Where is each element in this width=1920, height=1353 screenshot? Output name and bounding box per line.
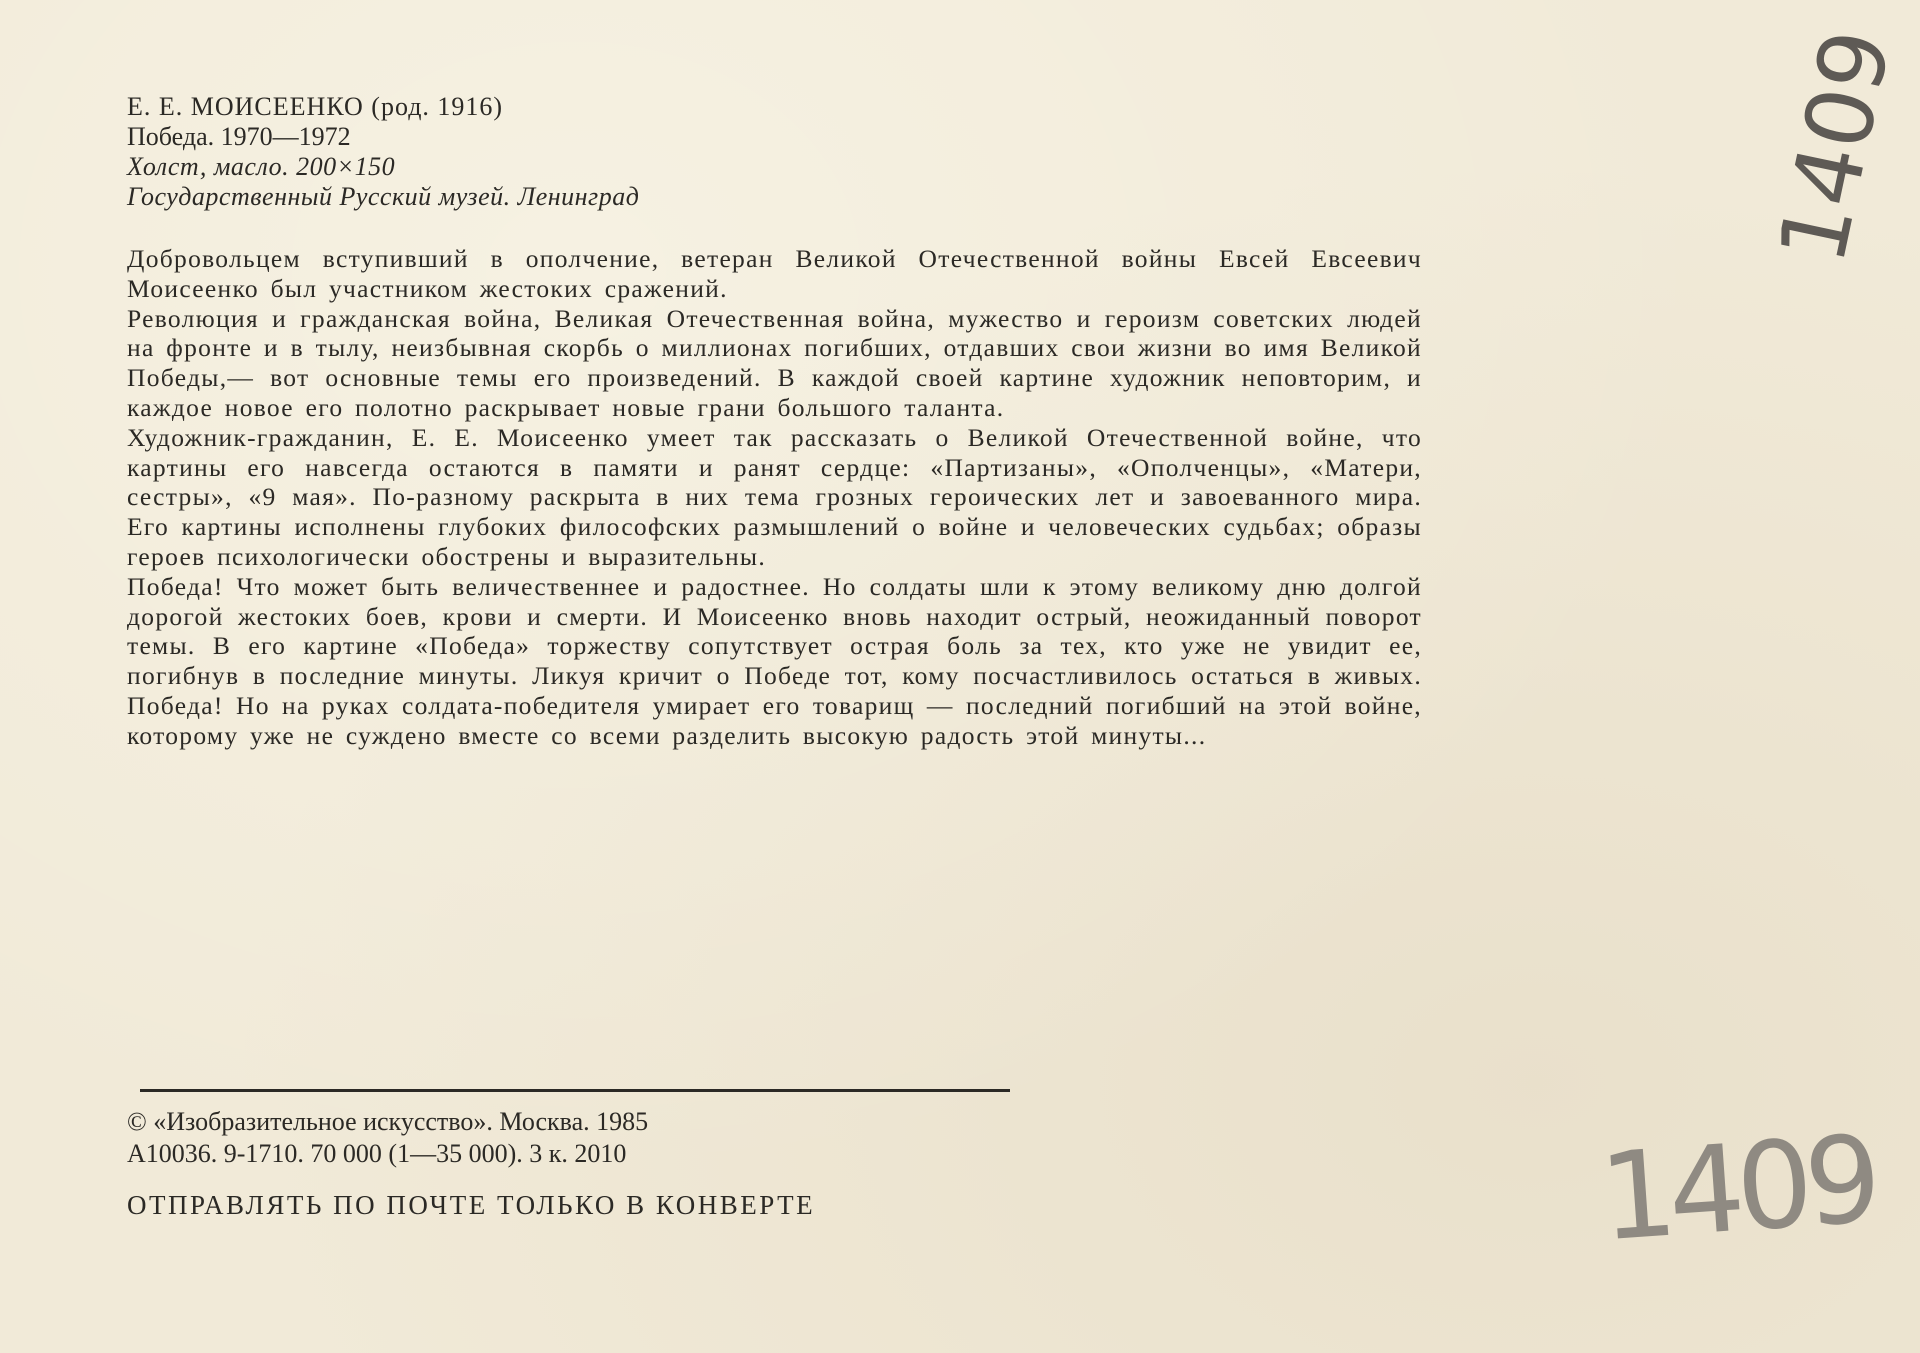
publisher-line: © «Изобразительное искусство». Москва. 1… [127, 1106, 648, 1138]
print-codes: А10036. 9-1710. 70 000 (1—35 000). 3 к. … [127, 1138, 648, 1170]
paragraph: Революция и гражданская война, Великая О… [127, 304, 1422, 423]
artwork-medium: Холст, масло. 200×150 [127, 152, 639, 182]
artwork-title: Победа. 1970—1972 [127, 122, 639, 152]
publisher-imprint: © «Изобразительное искусство». Москва. 1… [127, 1106, 648, 1170]
divider-rule [140, 1089, 1010, 1092]
description-text: Добровольцем вступивший в ополчение, вет… [127, 244, 1422, 751]
caption-header: Е. Е. МОИСЕЕНКО (род. 1916) Победа. 1970… [127, 92, 639, 212]
paragraph: Победа! Что может быть величественнее и … [127, 572, 1422, 751]
mailing-notice: ОТПРАВЛЯТЬ ПО ПОЧТЕ ТОЛЬКО В КОНВЕРТЕ [127, 1190, 815, 1221]
museum-location: Государственный Русский музей. Ленинград [127, 182, 639, 212]
handwritten-number-bottom: 1409 [1595, 1111, 1877, 1269]
paragraph: Добровольцем вступивший в ополчение, вет… [127, 244, 1422, 304]
paragraph: Художник-гражданин, Е. Е. Моисеенко умее… [127, 423, 1422, 572]
artist-name: Е. Е. МОИСЕЕНКО (род. 1916) [127, 92, 639, 122]
